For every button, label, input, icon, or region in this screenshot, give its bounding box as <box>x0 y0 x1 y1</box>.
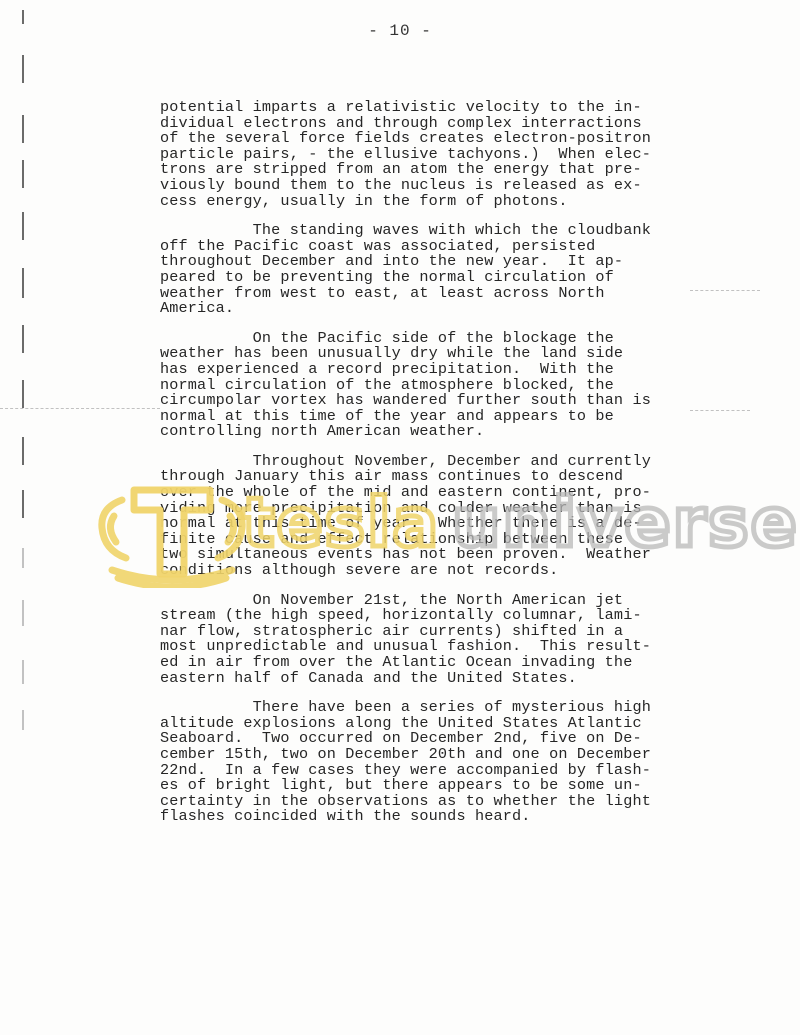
binding-mark <box>22 268 24 298</box>
paragraph: Throughout November, December and curren… <box>160 454 700 579</box>
binding-mark <box>22 325 24 353</box>
paragraph: On the Pacific side of the blockage thew… <box>160 331 700 440</box>
binding-mark <box>22 710 24 730</box>
binding-mark <box>22 548 24 568</box>
binding-mark <box>22 660 24 684</box>
text-line: America. <box>160 301 700 317</box>
binding-mark <box>22 160 24 188</box>
document-body: potential imparts a relativistic velocit… <box>160 100 700 839</box>
binding-mark <box>22 490 24 518</box>
paragraph: On November 21st, the North American jet… <box>160 593 700 687</box>
paragraph: There have been a series of mysterious h… <box>160 700 700 825</box>
text-line: controlling north American weather. <box>160 424 700 440</box>
document-page: - 10 - potential imparts a relativistic … <box>0 0 800 1035</box>
text-line: conditions although severe are not recor… <box>160 563 700 579</box>
text-line: weather from west to east, at least acro… <box>160 286 700 302</box>
binding-marks <box>0 0 40 1035</box>
page-number: - 10 - <box>0 22 800 40</box>
paragraph: potential imparts a relativistic velocit… <box>160 100 700 209</box>
binding-mark <box>22 55 24 83</box>
paragraph: The standing waves with which the cloudb… <box>160 223 700 317</box>
binding-mark <box>22 212 24 240</box>
text-line: eastern half of Canada and the United St… <box>160 671 700 687</box>
text-line: flashes coincided with the sounds heard. <box>160 809 700 825</box>
binding-mark <box>22 115 24 143</box>
binding-mark <box>22 600 24 626</box>
binding-mark <box>22 437 24 465</box>
scan-artifact-line <box>0 408 160 410</box>
text-line: cess energy, usually in the form of phot… <box>160 194 700 210</box>
binding-mark <box>22 380 24 408</box>
scan-artifact-line <box>690 290 760 292</box>
